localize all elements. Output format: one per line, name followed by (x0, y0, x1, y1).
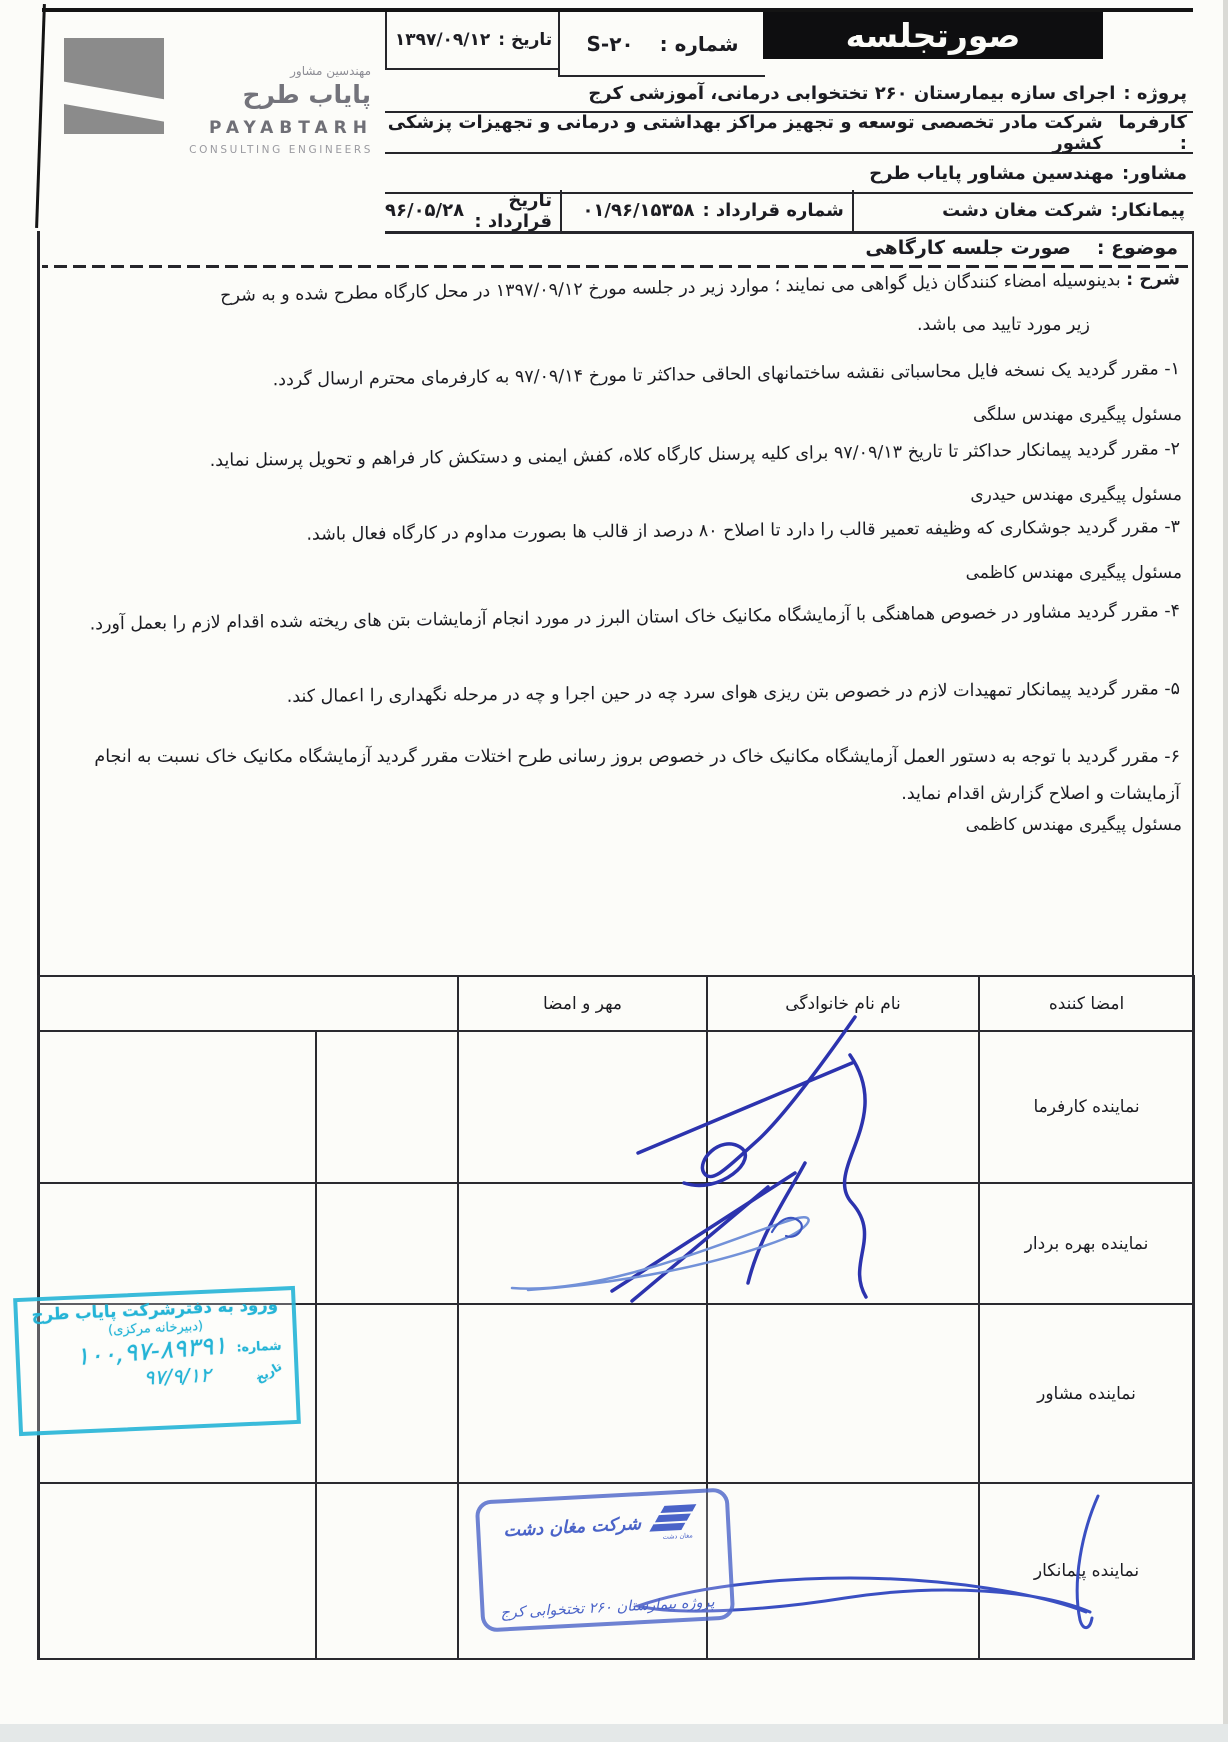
minutes-item-4: ۴- مقرر گردید مشاور در خصوص هماهنگی با آ… (52, 601, 1192, 635)
subject-value: صورت جلسه کارگاهی (865, 237, 1071, 259)
page-title: صورتجلسه (846, 16, 1021, 55)
consultant-signature-ink (500, 1200, 830, 1305)
consultant-extra-cell (316, 1304, 458, 1483)
logo-fa-small-text: مهندسین مشاور (290, 64, 371, 78)
employer-value: شرکت مادر تخصصی توسعه و تجهیز مراکز بهدا… (385, 112, 1103, 154)
logo-en-subtitle-text: CONSULTING ENGINEERS (189, 144, 373, 156)
date-value: ۱۳۹۷/۰۹/۱۲ (395, 30, 490, 50)
secretariat-entry-stamp: ورود به دفترشرکت پایاب طرح (دبیرخانه مرک… (13, 1286, 301, 1436)
contractor-value: شرکت مغان دشت (942, 200, 1102, 221)
contract-number-label: شماره قرارداد : (702, 200, 843, 221)
minutes-item-6: ۶- مقرر گردید با توجه به دستور العمل آزم… (52, 739, 1192, 813)
contract-date-value: ۹۶/۰۵/۲۸ (385, 200, 464, 221)
description-text: بدینوسیله امضاء کنندگان ذیل گواهی می نما… (220, 270, 1121, 306)
minutes-item-5: ۵- مقرر گردید پیمانکار تمهیدات لازم در خ… (52, 679, 1192, 709)
logo-en-name-text: PAYABTARH (209, 118, 373, 138)
document-date-cell: تاریخ : ۱۳۹۷/۰۹/۱۲ (385, 12, 560, 70)
entry-stamp-date-label: تاریخ (253, 1359, 284, 1385)
operator-extra-cell (316, 1183, 458, 1304)
signer-consultant: نماینده مشاور (979, 1304, 1194, 1483)
contractor-company-stamp: مغان دشت شرکت مغان دشت پروژه بیمارستان ۲… (475, 1487, 736, 1632)
company-logo-block: مهندسین مشاور پایاب طرح PAYABTARH CONSUL… (42, 12, 385, 231)
moghan-dasht-logo-caption: مغان دشت (652, 1531, 704, 1542)
minutes-item-1: ۱- مقرر گردید یک نسخه فایل محاسباتی نقشه… (52, 359, 1192, 393)
consultant-seal-cell (458, 1304, 707, 1483)
description-intro-line: شرح : بدینوسیله امضاء کنندگان ذیل گواهی … (52, 269, 1192, 309)
contractor-extra-cell (316, 1483, 458, 1659)
dashed-separator (42, 265, 1188, 268)
minutes-item-2-responsible: مسئول پیگیری مهندس حیدری (52, 485, 1192, 505)
scanned-meeting-minutes-page: صورتجلسه شماره : S-۲۰ تاریخ : ۱۳۹۷/۰۹/۱۲… (0, 0, 1228, 1742)
consultant-fullname-cell (707, 1304, 979, 1483)
contractor-stamp-title-row: مغان دشت شرکت مغان دشت (489, 1502, 717, 1550)
header-blank (38, 976, 458, 1031)
description-continuation: زیر مورد تایید می باشد. (52, 315, 1192, 335)
consultant-label: مشاور: (1122, 163, 1187, 184)
signer-operator: نماینده بهره بردار (979, 1183, 1194, 1304)
subject-row: موضوع : صورت جلسه کارگاهی (40, 233, 1192, 263)
number-value: S-۲۰ (587, 32, 634, 56)
scan-edge-right (1223, 0, 1228, 1742)
contract-date-cell: تاریخ قرارداد : ۹۶/۰۵/۲۸ (385, 190, 560, 231)
subject-label: موضوع : (1097, 237, 1178, 259)
moghan-dasht-logo-icon: مغان دشت (650, 1503, 704, 1542)
signer-employer: نماینده کارفرما (979, 1031, 1194, 1183)
minutes-item-3-responsible: مسئول پیگیری مهندس کاظمی (52, 563, 1192, 583)
contractor-label: پیمانکار: (1111, 200, 1185, 221)
contract-number-cell: شماره قرارداد : ۰۱/۹۶/۱۵۳۵۸ (560, 190, 852, 231)
employer-extra-cell (316, 1031, 458, 1183)
project-value: اجرای سازه بیمارستان ۲۶۰ تختخوابی درمانی… (588, 83, 1115, 104)
description-label: شرح : (1126, 269, 1180, 290)
contractor-stamp-project-line: پروژه بیمارستان ۲۶۰ تختخوابی کرج (494, 1594, 721, 1622)
employer-left-cell (38, 1031, 316, 1183)
minutes-item-3: ۳- مقرر گردید جوشکاری که وظیفه تعمیر قال… (52, 517, 1192, 547)
header-signer: امضا کننده (979, 976, 1194, 1031)
document-title-box: صورتجلسه (763, 12, 1103, 59)
logo-fa-name-text: پایاب طرح (243, 80, 372, 109)
consultant-row: مشاور: مهندسین مشاور پایاب طرح (385, 154, 1193, 194)
contractor-stamp-company-name: شرکت مغان دشت (503, 1514, 642, 1541)
employer-row: کارفرما : شرکت مادر تخصصی توسعه و تجهیز … (385, 113, 1193, 154)
contract-date-label: تاریخ قرارداد : (472, 190, 552, 232)
employer-label: کارفرما : (1111, 112, 1187, 154)
payabtarh-logo-icon (64, 38, 164, 134)
entry-stamp-date-value: ۹۷/۹/۱۲ (143, 1363, 211, 1390)
entry-stamp-number-label: شماره: (236, 1338, 282, 1355)
project-label: پروژه : (1123, 83, 1187, 104)
contractor-row: پیمانکار: شرکت مغان دشت شماره قرارداد : … (385, 190, 1193, 234)
contractor-left-cell (38, 1483, 316, 1659)
date-label: تاریخ : (498, 30, 552, 50)
project-row: پروژه : اجرای سازه بیمارستان ۲۶۰ تختخواب… (385, 75, 1193, 113)
minutes-item-1-responsible: مسئول پیگیری مهندس سلگی (52, 405, 1192, 425)
consultant-value: مهندسین مشاور پایاب طرح (869, 163, 1114, 184)
contractor-cell: پیمانکار: شرکت مغان دشت (852, 190, 1193, 231)
document-number-cell: شماره : S-۲۰ (558, 12, 765, 77)
minutes-item-6-responsible: مسئول پیگیری مهندس کاظمی (52, 815, 1192, 835)
number-label: شماره : (660, 32, 739, 56)
contract-number-value: ۰۱/۹۶/۱۵۳۵۸ (582, 200, 694, 221)
project-info-rows: پروژه : اجرای سازه بیمارستان ۲۶۰ تختخواب… (385, 75, 1193, 194)
scan-edge-bottom (0, 1724, 1228, 1742)
minutes-item-2: ۲- مقرر گردید پیمانکار حداکثر تا تاریخ ۹… (52, 439, 1192, 473)
